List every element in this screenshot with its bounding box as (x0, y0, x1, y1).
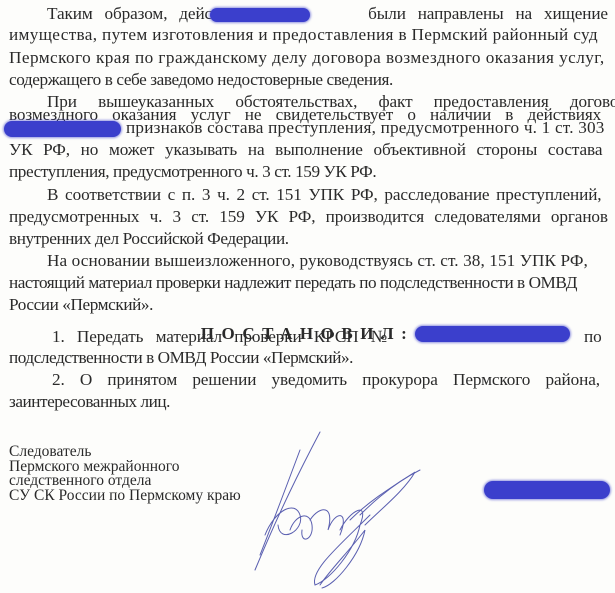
word: Таким (47, 4, 93, 24)
paragraph-2-line-5: преступления, предусмотренного ч. 3 ст. … (9, 162, 608, 182)
redaction-mark (415, 326, 570, 342)
handwritten-signature (240, 420, 440, 593)
paragraph-1-line-3: Пермского края по гражданскому делу дого… (9, 48, 608, 68)
paragraph-1-line-1: Таким образом, действия были направлены … (47, 4, 608, 24)
paragraph-1-line-4: содержащего в себе заведомо недостоверны… (9, 70, 608, 90)
paragraph-3-line-2: предусмотренных ч. 3 ст. 159 УК РФ, прои… (9, 207, 608, 227)
paragraph-2-line-3: признаков состава преступления, предусмо… (126, 118, 608, 138)
redaction-mark (4, 121, 121, 137)
paragraph-2-line-4: УК РФ, но может указывать на выполнение … (9, 140, 608, 160)
signatory-block: Следователь Пермского межрайонного следс… (9, 445, 241, 503)
word: были (368, 4, 406, 24)
paragraph-4-line-1: На основании вышеизложенного, руководств… (47, 251, 608, 271)
redaction-mark (210, 8, 310, 22)
item-2-line-1: 2. О принятом решении уведомить прокурор… (52, 370, 608, 390)
item-2-line-2: заинтересованных лиц. (9, 392, 608, 412)
document-page: Таким образом, действия были направлены … (0, 0, 615, 593)
word: хищение (544, 4, 608, 24)
word: направлены (418, 4, 504, 24)
redaction-mark (484, 481, 610, 499)
word: на (515, 4, 532, 24)
paragraph-4-line-2: настоящий материал проверки надлежит пер… (9, 273, 608, 293)
word: образом, (105, 4, 168, 24)
paragraph-3-line-1: В соответствии с п. 3 ч. 2 ст. 151 УПК Р… (47, 185, 608, 205)
item-1-line-1: 1. Передать материал проверки КРСП № (52, 327, 337, 347)
paragraph-4-line-3: России «Пермский». (9, 295, 608, 315)
item-1-line-1-end: по (584, 327, 614, 347)
signatory-line-4: СУ СК России по Пермскому краю (9, 489, 241, 504)
item-1-line-2: подследственности в ОМВД России «Пермски… (9, 348, 608, 368)
paragraph-1-line-2: имущества, путем изготовления и предоста… (9, 25, 608, 45)
paragraph-3-line-3: внутренних дел Российской Федерации. (9, 229, 608, 249)
